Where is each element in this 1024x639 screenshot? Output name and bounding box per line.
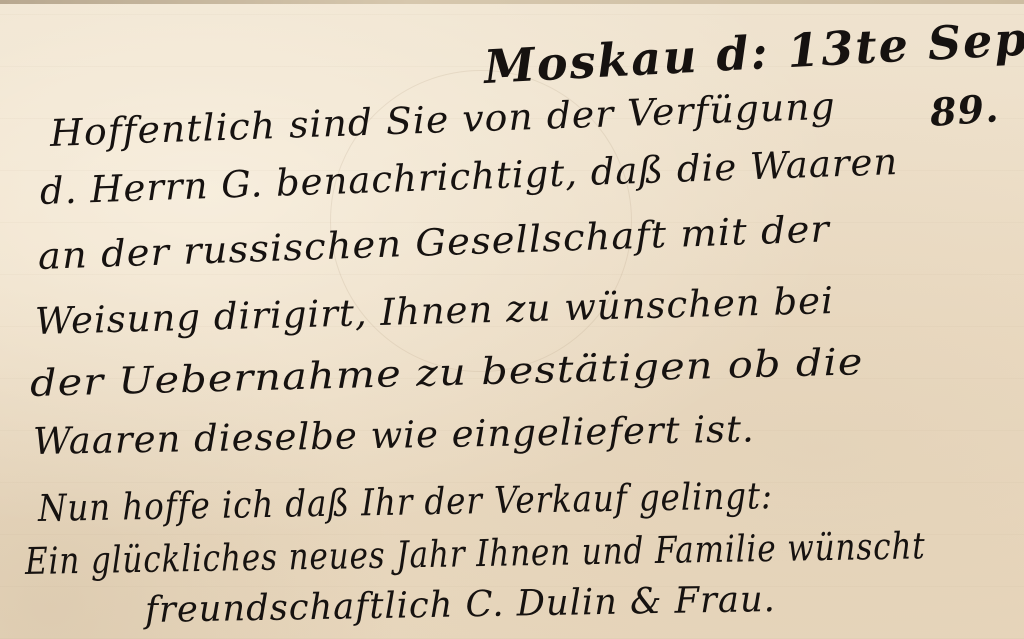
closing-signature: freundschaftlich C. Dulin & Frau. (145, 579, 777, 631)
body-line-1: Hoffentlich sind Sie von der Verfügung (49, 85, 836, 155)
paper-top-edge (0, 0, 1024, 4)
body-line-7: Nun hoffe ich daß Ihr der Verkauf geling… (38, 474, 773, 530)
body-line-2: d. Herrn G. benachrichtigt, daß die Waar… (39, 140, 899, 213)
body-line-8: Ein glückliches neues Jahr Ihnen und Fam… (25, 524, 926, 583)
body-line-4: Weisung dirigirt, Ihnen zu wünschen bei (34, 279, 834, 343)
body-line-3: an der russischen Gesellschaft mit der (37, 207, 830, 278)
body-line-5: der Uebernahme zu bestätigen ob die (29, 340, 864, 405)
body-line-6: Waaren dieselbe wie eingeliefert ist. (33, 407, 755, 463)
place-date-heading: Moskau d: 13te Sept: (483, 9, 1024, 94)
year-heading: 89. (928, 85, 1000, 135)
postcard: Moskau d: 13te Sept: 89. Hoffentlich sin… (0, 0, 1024, 639)
